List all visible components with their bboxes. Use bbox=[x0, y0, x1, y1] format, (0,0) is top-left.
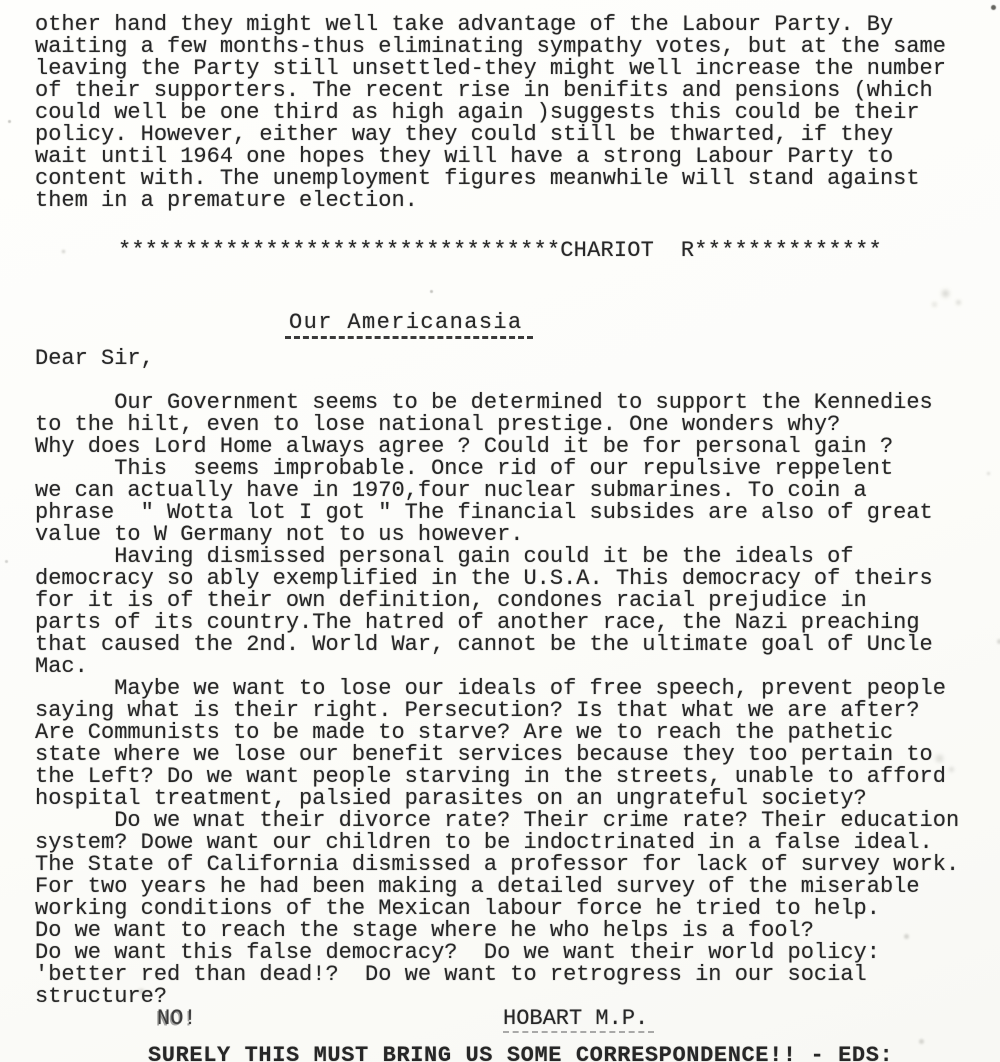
page-content: other hand they might well take advantag… bbox=[35, 14, 985, 1062]
letter-title: Our Americanasia bbox=[285, 312, 533, 339]
editors-note: SURELY THIS MUST BRING US SOME CORRESPON… bbox=[148, 1045, 985, 1062]
signature-row: NO! HOBART M.P. bbox=[35, 1008, 985, 1032]
scanned-document-page: other hand they might well take advantag… bbox=[0, 0, 1000, 1062]
chariot-asterisk-divider: *********************************CHARIOT… bbox=[118, 240, 985, 262]
letter-body: Our Government seems to be determined to… bbox=[35, 392, 985, 1008]
letter-paragraph: This seems improbable. Once rid of our r… bbox=[35, 458, 985, 546]
continued-article-paragraph: other hand they might well take advantag… bbox=[35, 14, 985, 212]
salutation: Dear Sir, bbox=[35, 348, 985, 370]
letter-title-row: Our Americanasia bbox=[285, 312, 985, 339]
letter-paragraph: Our Government seems to be determined to… bbox=[35, 392, 985, 458]
scan-speckles bbox=[0, 0, 3, 3]
signature-name: HOBART M.P. bbox=[503, 1008, 654, 1033]
letter-paragraph: Having dismissed personal gain could it … bbox=[35, 546, 985, 678]
letter-paragraph: Maybe we want to lose our ideals of free… bbox=[35, 678, 985, 810]
no-exclamation: NO! bbox=[157, 1008, 197, 1030]
letter-paragraph: Do we wnat their divorce rate? Their cri… bbox=[35, 810, 985, 1008]
